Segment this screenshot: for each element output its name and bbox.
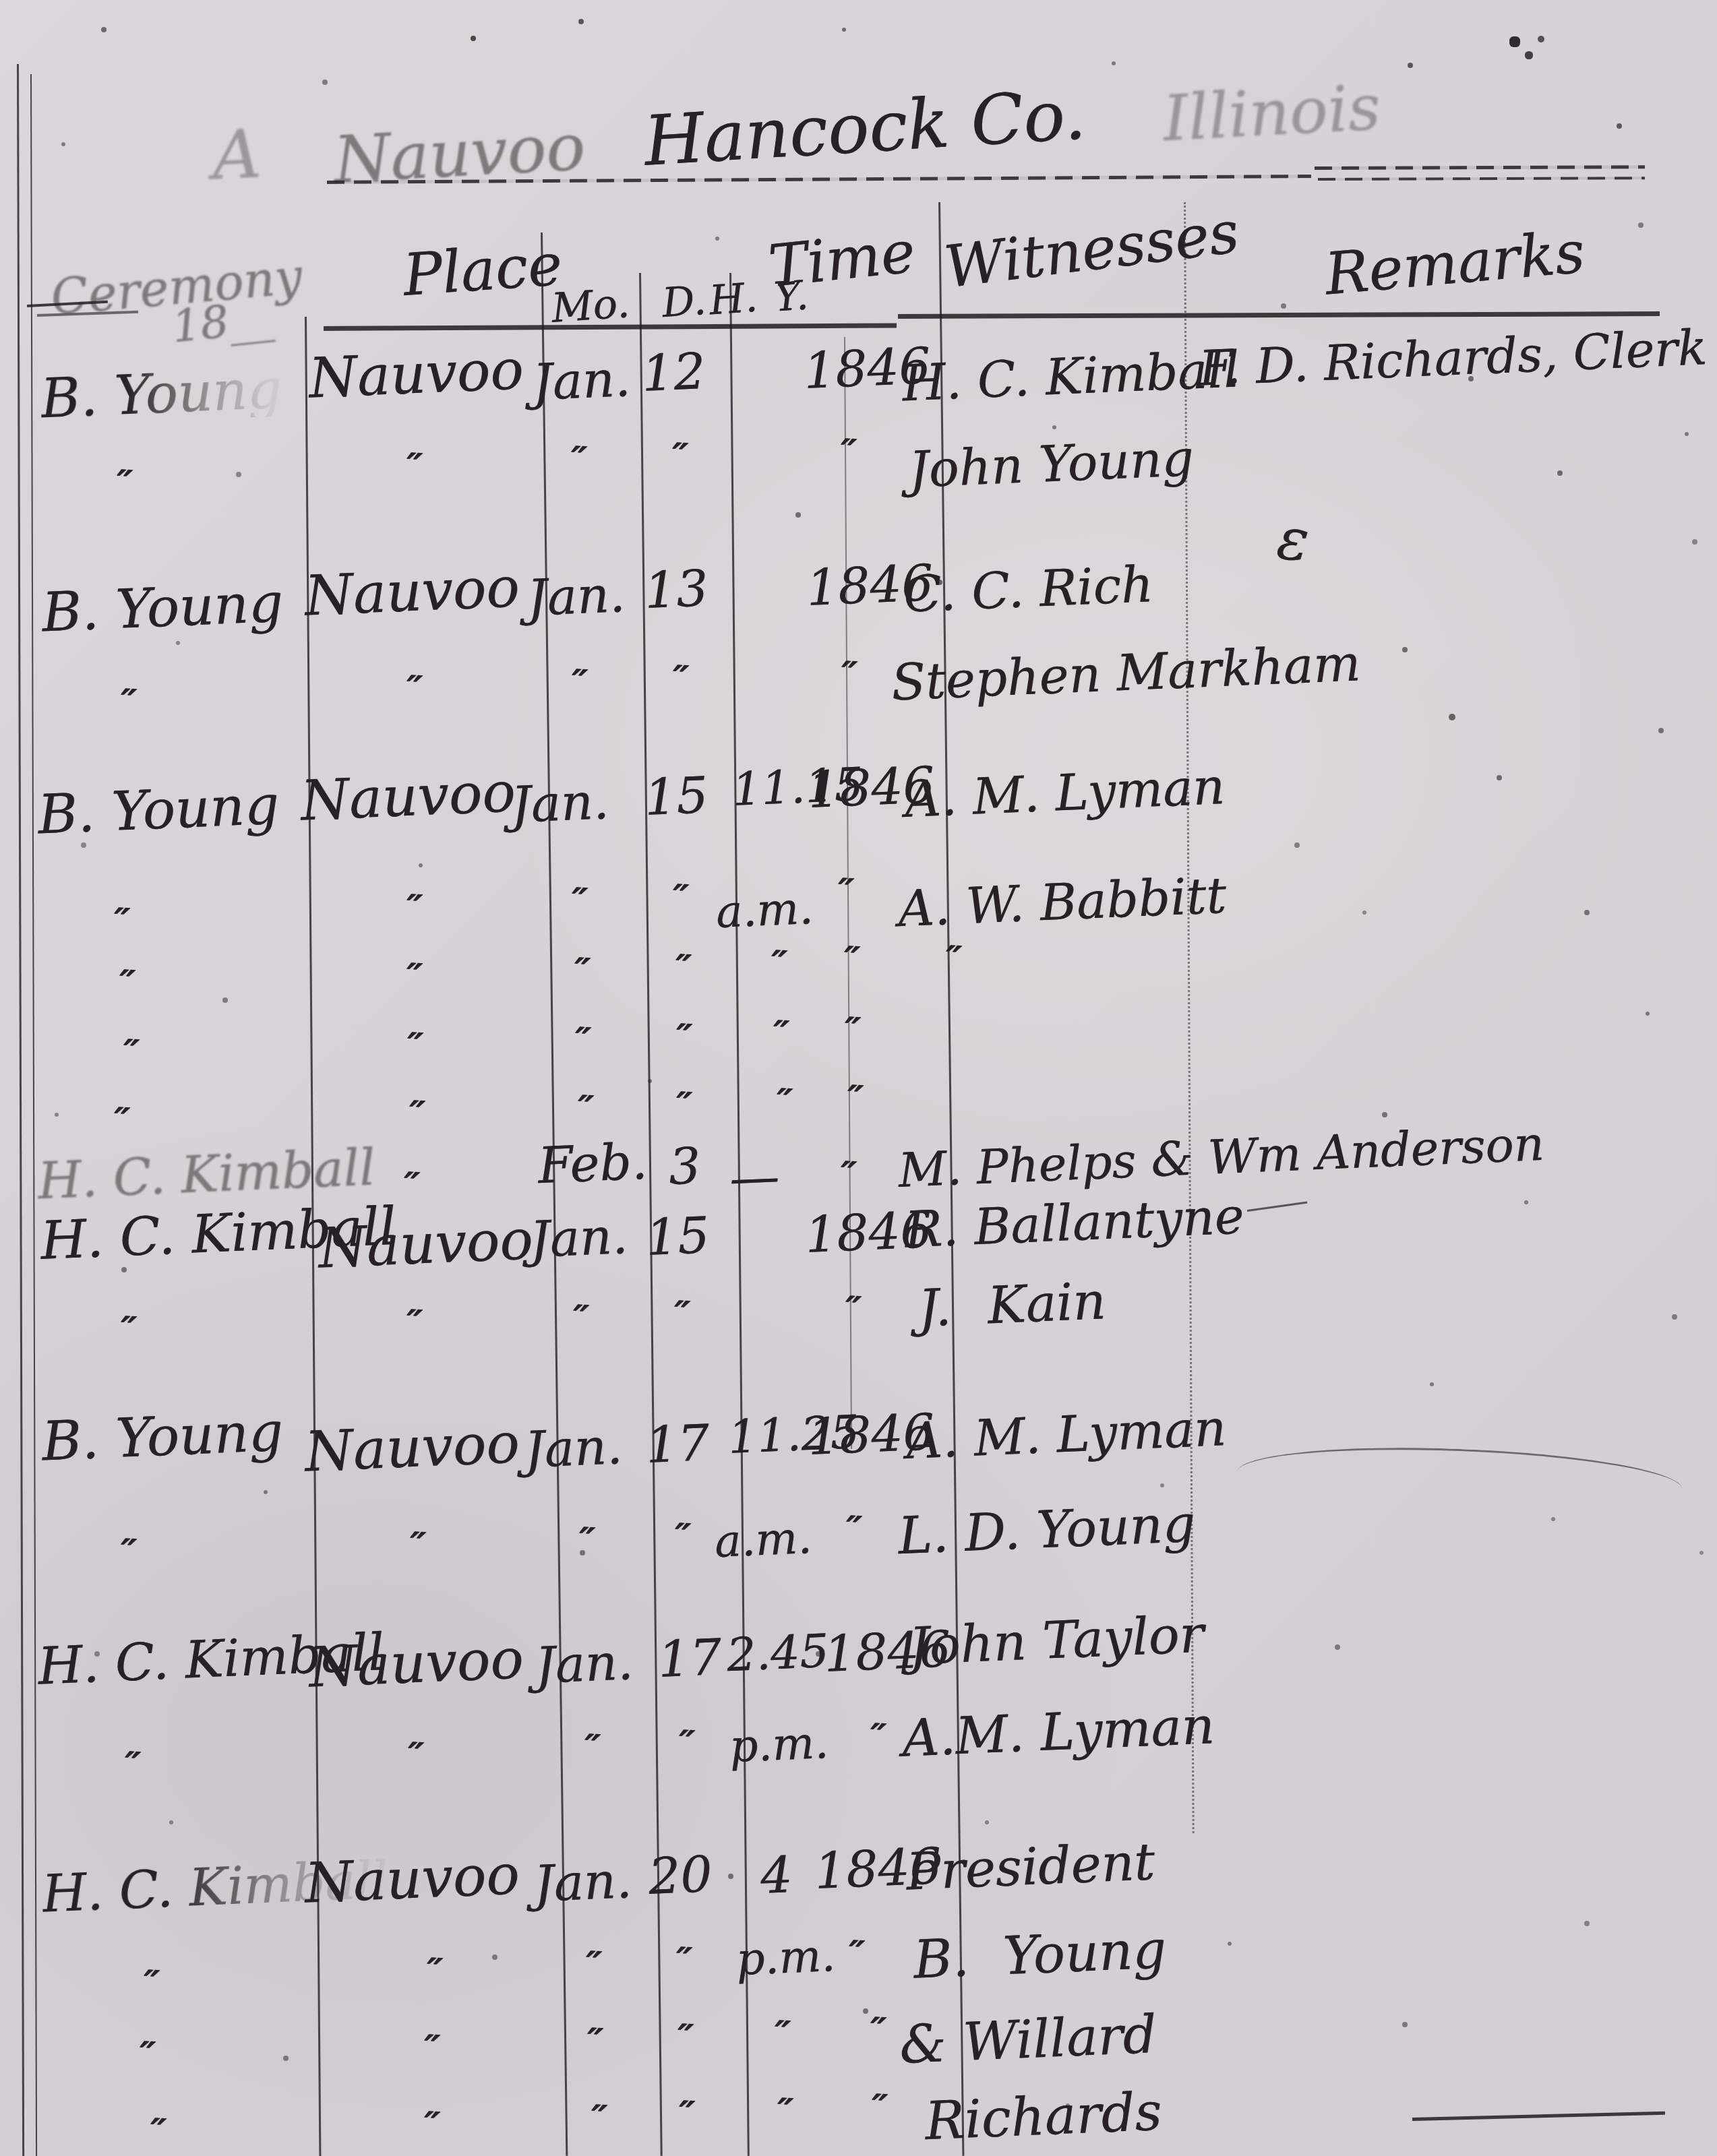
year-ditto: ″	[842, 941, 861, 979]
day-ditto: ″	[677, 1725, 696, 1762]
witness-cell: R. Ballantyne	[904, 1191, 1245, 1255]
col-header-hour: H.	[708, 278, 758, 321]
place-ditto: ″	[402, 1167, 421, 1204]
year-ditto: ″	[839, 656, 858, 694]
place-cell: Nauvoo	[303, 1847, 520, 1911]
officiator-cell: H. C. Kimball	[37, 1143, 376, 1207]
col-header-place: Place	[401, 236, 564, 305]
witness-cell: Richards	[924, 2086, 1163, 2149]
year-ditto: ″	[844, 1510, 863, 1548]
hour-cell: p.m.	[729, 1721, 829, 1769]
col-header-year: Y.	[773, 275, 810, 317]
officiator-ditto: ″	[119, 1311, 138, 1349]
place-ditto: ″	[404, 670, 423, 708]
witness-cell: A. M. Lyman	[905, 1403, 1228, 1467]
bottom-right-stroke	[1412, 2112, 1665, 2121]
col-header-day: D.	[661, 280, 707, 324]
officiator-ditto: ″	[112, 1102, 131, 1140]
officiator-cell: B. Young	[39, 363, 282, 427]
month-cell: Jan.	[510, 776, 610, 830]
place-ditto: ″	[422, 2106, 441, 2144]
officiator-ditto: ″	[112, 902, 131, 940]
hour-ditto: ″	[775, 2093, 794, 2130]
place-ditto: ″	[404, 889, 423, 927]
left-margin-rule	[17, 64, 24, 2156]
day-ditto: ″	[672, 1295, 691, 1333]
day-cell: 3	[667, 1141, 701, 1192]
witness-cell: M. Phelps & Wm Anderson	[897, 1120, 1545, 1194]
month-cell: Jan.	[524, 1421, 624, 1475]
day-ditto: ″	[674, 1942, 693, 1979]
day-cell: 20	[647, 1849, 713, 1902]
hour-cell: —	[728, 1151, 780, 1203]
witness-cell: & Willard	[899, 2008, 1158, 2072]
month-ditto: ″	[573, 1022, 592, 1059]
witness-cell: John Taylor	[908, 1609, 1205, 1672]
officiator-ditto: ″	[115, 464, 133, 502]
year-ditto: ″	[847, 1935, 866, 1973]
month-ditto: ″	[584, 1946, 603, 1983]
title-prefix: A	[211, 121, 262, 190]
day-ditto: ″	[673, 1518, 692, 1556]
day-cell: 17	[644, 1418, 710, 1471]
officiator-ditto: ″	[119, 1533, 138, 1571]
place-ditto: ″	[406, 1737, 425, 1775]
place-ditto: ″	[405, 1027, 424, 1065]
officiator-ditto: ″	[123, 1746, 142, 1784]
officiator-ditto: ″	[121, 1034, 140, 1072]
month-ditto: ″	[569, 441, 588, 479]
year-ditto: ″	[843, 1012, 862, 1049]
title-underline-right	[1315, 165, 1645, 170]
month-cell: Jan.	[533, 1855, 633, 1909]
witness-ditto: ″	[944, 940, 963, 978]
officiator-cell: B. Young	[40, 576, 284, 640]
month-ditto: ″	[589, 2099, 608, 2137]
month-ditto: ″	[570, 664, 589, 702]
officiator-ditto: ″	[148, 2113, 167, 2151]
day-ditto: ″	[674, 1086, 693, 1124]
place-ditto: ″	[404, 1304, 423, 1342]
title-underline-right-2	[1318, 177, 1645, 181]
stray-pen-curve	[1236, 1440, 1683, 1520]
title-place: Nauvoo	[332, 115, 586, 192]
month-cell: Jan.	[526, 569, 626, 623]
place-ditto: ″	[407, 1095, 426, 1133]
place-cell: Nauvoo	[317, 1212, 534, 1276]
year-ditto: ″	[839, 1156, 857, 1194]
col-header-month: Mo.	[550, 283, 630, 329]
month-ditto: ″	[577, 1522, 596, 1560]
witness-cell: John Young	[908, 433, 1195, 495]
officiator-ditto: ″	[138, 2036, 156, 2074]
witness-cell: H. C. Kimball	[901, 345, 1240, 409]
day-ditto: ″	[671, 660, 690, 698]
day-ditto: ″	[674, 1018, 693, 1056]
place-ditto: ″	[404, 958, 423, 995]
hour-ditto: ″	[775, 1083, 793, 1121]
hour-cell: a.m.	[715, 886, 814, 935]
month-cell: Feb.	[537, 1137, 649, 1192]
hour-ditto: ″	[771, 1015, 790, 1053]
month-cell: Jan.	[532, 354, 632, 408]
month-ditto: ″	[585, 2023, 604, 2060]
col-header-remarks: Remarks	[1323, 223, 1587, 303]
hour-ditto: ″	[773, 2015, 791, 2053]
year-ditto: ″	[845, 1080, 864, 1117]
witness-cell: A. M. Lyman	[904, 762, 1226, 825]
officiator-cell: B. Young	[36, 778, 280, 842]
witness-cell: President	[905, 1836, 1156, 1897]
day-ditto: ″	[671, 879, 690, 917]
place-ditto: ″	[422, 2029, 441, 2067]
day-ditto: ″	[673, 949, 692, 987]
month-ditto: ″	[570, 882, 589, 920]
day-cell: 12	[640, 346, 706, 399]
witness-cell: A. W. Babbitt	[897, 871, 1228, 934]
scanned-ledger-page: A Nauvoo Hancock Co. Illinois Ceremony 1…	[0, 0, 1717, 2156]
witness-cell: B. Young	[913, 1923, 1168, 1987]
hour-cell: a.m.	[714, 1516, 813, 1564]
day-ditto: ″	[670, 437, 689, 475]
year-ditto: ″	[843, 1291, 862, 1328]
title-county: Hancock Co.	[642, 81, 1087, 177]
month-ditto: ″	[576, 1090, 595, 1128]
month-cell: Jan.	[535, 1637, 634, 1691]
remark-cell: F. D. Richards, Clerk	[1198, 323, 1708, 393]
witness-cell: L. D. Young	[897, 1498, 1197, 1562]
officiator-ditto: ″	[142, 1965, 160, 2002]
header-rule-right	[898, 311, 1660, 319]
scan-speckles-2	[0, 0, 3, 3]
year-ditto: ″	[839, 433, 857, 471]
hour-cell: 4	[759, 1850, 793, 1901]
col-header-year-blank: 18__	[170, 295, 275, 349]
left-margin-rule-2	[30, 74, 37, 2156]
place-ditto: ″	[425, 1952, 444, 1990]
column-rule-day-hour	[729, 273, 750, 2156]
stray-dash	[1247, 1201, 1308, 1211]
day-ditto: ″	[675, 2019, 694, 2056]
hour-cell: 2.45	[726, 1629, 830, 1679]
col-header-witnesses: Witnesses	[941, 204, 1242, 297]
place-cell: Nauvoo	[303, 1416, 520, 1480]
officiator-ditto: ″	[119, 683, 138, 721]
year-ditto: ″	[870, 2089, 888, 2126]
pen-flourish: ɛ	[1275, 510, 1312, 570]
month-ditto: ″	[571, 1299, 590, 1337]
place-cell: Nauvoo	[303, 560, 520, 624]
year-ditto: ″	[868, 2012, 887, 2050]
witness-cell: C. C. Rich	[903, 559, 1154, 619]
place-ditto: ″	[408, 1527, 427, 1564]
day-ditto: ″	[677, 2095, 696, 2133]
title-state: Illinois	[1162, 77, 1382, 152]
place-cell: Nauvoo	[299, 765, 516, 829]
month-ditto: ″	[582, 1729, 601, 1766]
day-cell: 15	[643, 770, 709, 823]
day-cell: 15	[644, 1210, 710, 1263]
month-ditto: ″	[572, 952, 591, 990]
month-cell: Jan.	[529, 1211, 629, 1265]
place-cell: Nauvoo	[307, 1632, 524, 1696]
year-ditto: ″	[836, 873, 855, 911]
hour-ditto: ″	[769, 945, 788, 983]
day-cell: 17	[657, 1632, 722, 1685]
officiator-ditto: ″	[117, 964, 136, 1002]
place-ditto: ″	[404, 448, 423, 485]
witness-cell: J. Kain	[917, 1275, 1107, 1334]
day-cell: 13	[643, 563, 709, 616]
witness-cell: A.M. Lyman	[901, 1700, 1215, 1764]
witness-cell: Stephen Markham	[891, 638, 1362, 708]
year-ditto: ″	[868, 1718, 887, 1756]
hour-cell: p.m.	[735, 1934, 836, 1982]
officiator-cell: B. Young	[40, 1405, 284, 1469]
place-cell: Nauvoo	[307, 342, 524, 406]
